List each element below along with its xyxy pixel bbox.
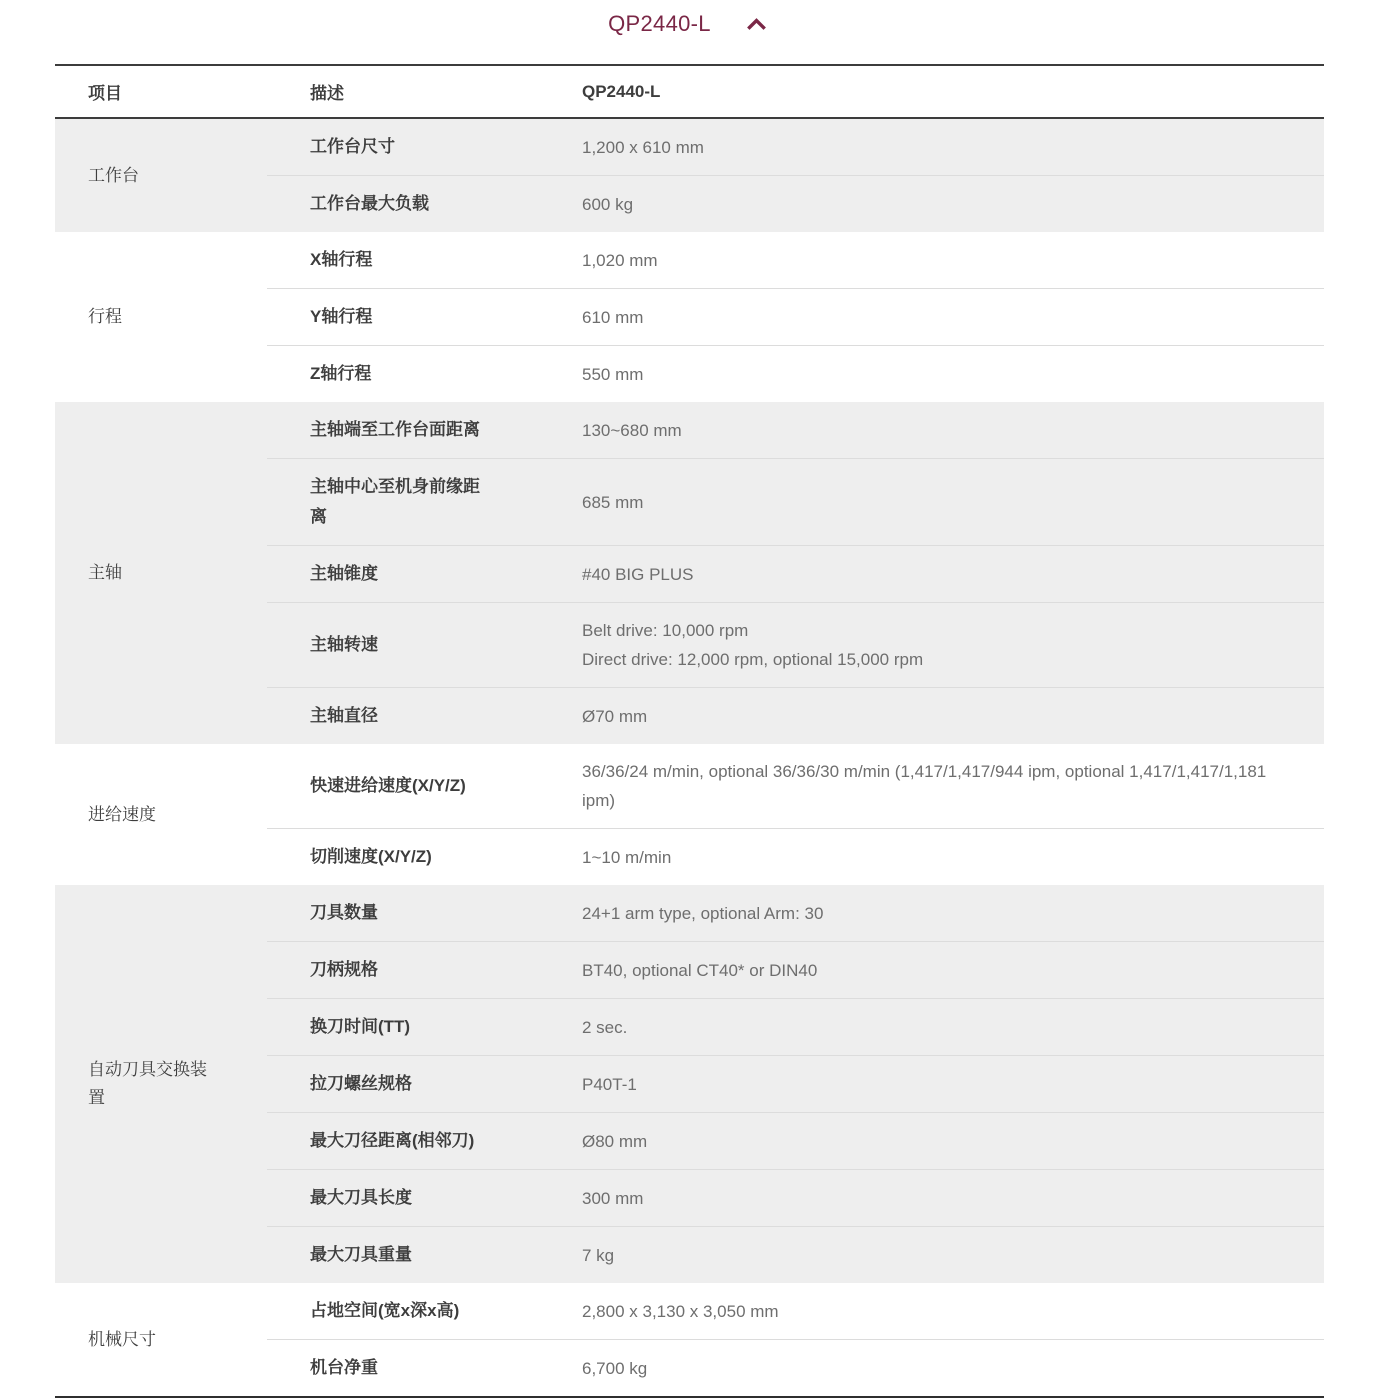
group-rows: X轴行程 1,020 mm Y轴行程 610 mm Z轴行程 550 mm: [267, 232, 1324, 402]
spec-desc-label: 工作台尺寸: [267, 132, 539, 162]
spec-value: 2 sec.: [539, 1013, 1324, 1042]
spec-desc-label: 主轴转速: [267, 630, 539, 660]
spec-row: 工作台最大负载 600 kg: [267, 175, 1324, 232]
spec-desc-label: Z轴行程: [267, 359, 539, 389]
spec-value: 685 mm: [539, 488, 1324, 517]
spec-group: 机械尺寸 占地空间(宽x深x高) 2,800 x 3,130 x 3,050 m…: [55, 1283, 1324, 1396]
spec-desc-label: 主轴端至工作台面距离: [267, 415, 539, 445]
spec-row: 刀具数量 24+1 arm type, optional Arm: 30: [267, 885, 1324, 941]
spec-value: 1,200 x 610 mm: [539, 133, 1324, 162]
spec-row: 最大刀具长度 300 mm: [267, 1169, 1324, 1226]
spec-row: 主轴直径 Ø70 mm: [267, 687, 1324, 744]
spec-value: Belt drive: 10,000 rpm Direct drive: 12,…: [539, 616, 1324, 674]
spec-value: Ø80 mm: [539, 1127, 1324, 1156]
spec-desc-label: X轴行程: [267, 245, 539, 275]
spec-value: #40 BIG PLUS: [539, 560, 1324, 589]
spec-desc-label: 最大刀具重量: [267, 1240, 539, 1270]
spec-desc-label: 主轴中心至机身前缘距离: [267, 472, 539, 532]
spec-value: 6,700 kg: [539, 1354, 1324, 1383]
spec-row: 主轴转速 Belt drive: 10,000 rpm Direct drive…: [267, 602, 1324, 687]
spec-row: 最大刀径距离(相邻刀) Ø80 mm: [267, 1112, 1324, 1169]
spec-row: 机台净重 6,700 kg: [267, 1339, 1324, 1396]
spec-group: 主轴 主轴端至工作台面距离 130~680 mm 主轴中心至机身前缘距离 685…: [55, 402, 1324, 744]
spec-row: Z轴行程 550 mm: [267, 345, 1324, 402]
spec-desc-label: 快速进给速度(X/Y/Z): [267, 771, 539, 801]
group-item-label: 自动刀具交换装置: [55, 885, 267, 1283]
spec-row: 占地空间(宽x深x高) 2,800 x 3,130 x 3,050 mm: [267, 1283, 1324, 1339]
spec-table-header-row: 项目 描述 QP2440-L: [55, 66, 1324, 119]
model-section-toggle[interactable]: QP2440-L: [0, 0, 1374, 64]
group-rows: 刀具数量 24+1 arm type, optional Arm: 30 刀柄规…: [267, 885, 1324, 1283]
spec-value: 130~680 mm: [539, 416, 1324, 445]
spec-page: QP2440-L 项目 描述 QP2440-L 工作台 工作台尺寸 1,200 …: [0, 0, 1374, 1398]
group-item-label: 进给速度: [55, 744, 267, 885]
spec-desc-label: 主轴直径: [267, 701, 539, 731]
chevron-up-icon[interactable]: [747, 18, 766, 30]
spec-row: 主轴中心至机身前缘距离 685 mm: [267, 458, 1324, 545]
spec-row: X轴行程 1,020 mm: [267, 232, 1324, 288]
spec-desc-label: 换刀时间(TT): [267, 1012, 539, 1042]
column-header-model: QP2440-L: [539, 82, 1324, 102]
spec-row: Y轴行程 610 mm: [267, 288, 1324, 345]
spec-value: 600 kg: [539, 190, 1324, 219]
spec-desc-label: 拉刀螺丝规格: [267, 1069, 539, 1099]
spec-row: 切削速度(X/Y/Z) 1~10 m/min: [267, 828, 1324, 885]
spec-desc-label: 主轴锥度: [267, 559, 539, 589]
spec-desc-label: Y轴行程: [267, 302, 539, 332]
spec-value: 7 kg: [539, 1241, 1324, 1270]
spec-value: 36/36/24 m/min, optional 36/36/30 m/min …: [539, 757, 1324, 815]
spec-value: 2,800 x 3,130 x 3,050 mm: [539, 1297, 1324, 1326]
spec-row: 刀柄规格 BT40, optional CT40* or DIN40: [267, 941, 1324, 998]
spec-value: 1~10 m/min: [539, 843, 1324, 872]
group-item-label: 工作台: [55, 119, 267, 232]
spec-row: 拉刀螺丝规格 P40T-1: [267, 1055, 1324, 1112]
group-rows: 工作台尺寸 1,200 x 610 mm 工作台最大负载 600 kg: [267, 119, 1324, 232]
spec-group: 自动刀具交换装置 刀具数量 24+1 arm type, optional Ar…: [55, 885, 1324, 1283]
spec-desc-label: 切削速度(X/Y/Z): [267, 842, 539, 872]
spec-value: Ø70 mm: [539, 702, 1324, 731]
group-rows: 主轴端至工作台面距离 130~680 mm 主轴中心至机身前缘距离 685 mm…: [267, 402, 1324, 744]
spec-row: 最大刀具重量 7 kg: [267, 1226, 1324, 1283]
spec-desc-label: 最大刀具长度: [267, 1183, 539, 1213]
group-rows: 占地空间(宽x深x高) 2,800 x 3,130 x 3,050 mm 机台净…: [267, 1283, 1324, 1396]
spec-row: 换刀时间(TT) 2 sec.: [267, 998, 1324, 1055]
group-rows: 快速进给速度(X/Y/Z) 36/36/24 m/min, optional 3…: [267, 744, 1324, 885]
spec-desc-label: 工作台最大负载: [267, 189, 539, 219]
spec-row: 主轴锥度 #40 BIG PLUS: [267, 545, 1324, 602]
model-title: QP2440-L: [608, 11, 711, 37]
spec-group: 进给速度 快速进给速度(X/Y/Z) 36/36/24 m/min, optio…: [55, 744, 1324, 885]
spec-desc-label: 占地空间(宽x深x高): [267, 1296, 539, 1326]
spec-desc-label: 刀柄规格: [267, 955, 539, 985]
spec-desc-label: 机台净重: [267, 1353, 539, 1383]
spec-group: 工作台 工作台尺寸 1,200 x 610 mm 工作台最大负载 600 kg: [55, 119, 1324, 232]
column-header-desc: 描述: [267, 79, 539, 104]
spec-value: 610 mm: [539, 303, 1324, 332]
spec-desc-label: 最大刀径距离(相邻刀): [267, 1126, 539, 1156]
group-item-label: 行程: [55, 232, 267, 402]
spec-value: 550 mm: [539, 360, 1324, 389]
spec-value: 300 mm: [539, 1184, 1324, 1213]
spec-value: 1,020 mm: [539, 246, 1324, 275]
spec-row: 主轴端至工作台面距离 130~680 mm: [267, 402, 1324, 458]
spec-desc-label: 刀具数量: [267, 898, 539, 928]
spec-table-body: 工作台 工作台尺寸 1,200 x 610 mm 工作台最大负载 600 kg …: [55, 119, 1324, 1396]
column-header-item: 项目: [55, 79, 267, 104]
group-item-label: 主轴: [55, 402, 267, 744]
spec-value: 24+1 arm type, optional Arm: 30: [539, 899, 1324, 928]
spec-group: 行程 X轴行程 1,020 mm Y轴行程 610 mm Z轴行程 550 mm: [55, 232, 1324, 402]
group-item-label: 机械尺寸: [55, 1283, 267, 1396]
spec-row: 工作台尺寸 1,200 x 610 mm: [267, 119, 1324, 175]
spec-value: P40T-1: [539, 1070, 1324, 1099]
spec-value: BT40, optional CT40* or DIN40: [539, 956, 1324, 985]
spec-row: 快速进给速度(X/Y/Z) 36/36/24 m/min, optional 3…: [267, 744, 1324, 828]
spec-table: 项目 描述 QP2440-L 工作台 工作台尺寸 1,200 x 610 mm …: [55, 64, 1324, 1398]
